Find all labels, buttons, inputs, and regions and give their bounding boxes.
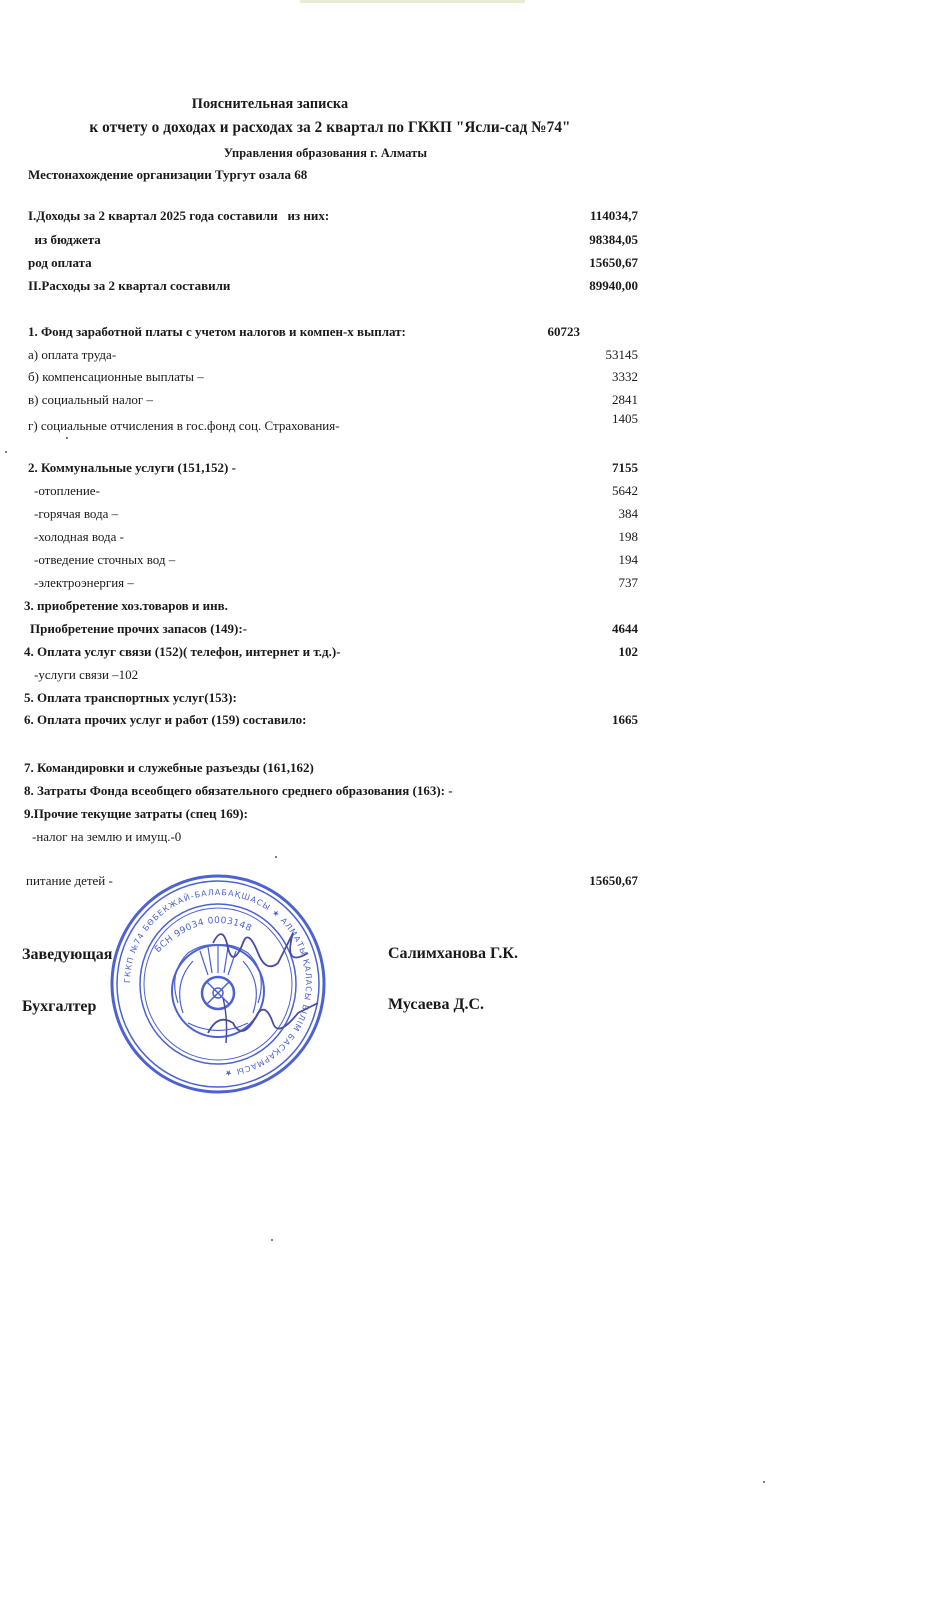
other-services-label: 6. Оплата прочих услуг и работ (159) сос… xyxy=(24,710,307,730)
income-budget-row: из бюджета 98384,05 xyxy=(28,230,638,250)
explanatory-note-document: Пояснительная записка к отчету о доходах… xyxy=(0,0,933,1599)
income-total-value: 114034,7 xyxy=(590,206,638,226)
utilities-item-value: 5642 xyxy=(612,481,638,501)
scan-speck xyxy=(271,1239,273,1241)
supplies-label: 3. приобретение хоз.товаров и инв. xyxy=(24,596,228,616)
utilities-value: 7155 xyxy=(612,458,638,478)
transport-row: 5. Оплата транспортных услуг(153): xyxy=(24,688,634,708)
other-services-row: 6. Оплата прочих услуг и работ (159) сос… xyxy=(24,710,638,730)
supplies-value: 4644 xyxy=(612,619,638,639)
communications-sub-label: -услуги связи –102 xyxy=(28,665,138,685)
income-budget-label: из бюджета xyxy=(28,230,101,250)
expenses-total-row: II.Расходы за 2 квартал составили 89940,… xyxy=(28,276,638,296)
education-fund-row: 8. Затраты Фонда всеобщего обязательного… xyxy=(24,781,634,801)
communications-value: 102 xyxy=(619,642,639,662)
payroll-item-row: в) социальный налог – 2841 xyxy=(28,390,638,410)
land-tax-label: -налог на землю и имущ.-0 xyxy=(26,827,181,847)
payroll-item-row: г) социальные отчисления в гос.фонд соц.… xyxy=(28,413,638,433)
payroll-item-value: 3332 xyxy=(612,367,638,387)
payroll-item-label: в) социальный налог – xyxy=(28,390,153,410)
payroll-item-row: б) компенсационные выплаты – 3332 xyxy=(28,367,638,387)
utilities-item-value: 194 xyxy=(619,550,639,570)
other-current-sub-row: -налог на землю и имущ.-0 xyxy=(26,827,636,847)
payroll-value: 60723 xyxy=(548,322,581,342)
accountant-role: Бухгалтер xyxy=(22,998,96,1016)
supplies-sub-label: Приобретение прочих запасов (149):- xyxy=(28,619,247,639)
parent-payment-value: 15650,67 xyxy=(589,253,638,273)
utilities-label: 2. Коммунальные услуги (151,152) - xyxy=(28,458,236,478)
utilities-item-label: -холодная вода - xyxy=(28,527,124,547)
head-role: Заведующая xyxy=(22,946,112,964)
utilities-item-value: 198 xyxy=(619,527,639,547)
scan-speck xyxy=(5,451,7,453)
utilities-item-label: -отопление- xyxy=(28,481,100,501)
payroll-item-value: 53145 xyxy=(606,345,639,365)
other-current-label: 9.Прочие текущие затраты (спец 169): xyxy=(24,804,248,824)
expenses-total-value: 89940,00 xyxy=(589,276,638,296)
utilities-item-row: -электроэнергия – 737 xyxy=(28,573,638,593)
utilities-item-label: -электроэнергия – xyxy=(28,573,134,593)
travel-label: 7. Командировки и служебные разъезды (16… xyxy=(24,758,314,778)
communications-label: 4. Оплата услуг связи (152)( телефон, ин… xyxy=(24,642,341,662)
scan-speck xyxy=(275,856,277,858)
utilities-item-value: 384 xyxy=(619,504,639,524)
department-name: Управления образования г. Алматы xyxy=(52,145,598,161)
travel-row: 7. Командировки и служебные разъезды (16… xyxy=(24,758,634,778)
utilities-item-value: 737 xyxy=(619,573,639,593)
utilities-item-row: -холодная вода - 198 xyxy=(28,527,638,547)
expenses-total-label: II.Расходы за 2 квартал составили xyxy=(28,276,230,296)
payroll-item-label: б) компенсационные выплаты – xyxy=(28,367,204,387)
payroll-item-row: а) оплата труда- 53145 xyxy=(28,345,638,365)
payroll-item-label: а) оплата труда- xyxy=(28,345,116,365)
official-stamp-icon: ГККП №74 БӨБЕКЖАЙ-БАЛАБАҚШАСЫ ★ АЛМАТЫ Қ… xyxy=(108,873,328,1095)
other-current-row: 9.Прочие текущие затраты (спец 169): xyxy=(24,804,634,824)
scan-speck xyxy=(66,437,68,439)
supplies-row: 3. приобретение хоз.товаров и инв. xyxy=(24,596,634,616)
communications-row: 4. Оплата услуг связи (152)( телефон, ин… xyxy=(24,642,638,662)
utilities-row: 2. Коммунальные услуги (151,152) - 7155 xyxy=(28,458,638,478)
payroll-label: 1. Фонд заработной платы с учетом налого… xyxy=(28,322,406,342)
utilities-item-row: -отведение сточных вод – 194 xyxy=(28,550,638,570)
document-title: Пояснительная записка xyxy=(14,96,527,113)
education-fund-label: 8. Затраты Фонда всеобщего обязательного… xyxy=(24,781,453,801)
parent-payment-row: род оплата 15650,67 xyxy=(28,253,638,273)
supplies-sub-row: Приобретение прочих запасов (149):- 4644 xyxy=(28,619,638,639)
income-total-label: I.Доходы за 2 квартал 2025 года составил… xyxy=(28,206,329,226)
payroll-item-value: 2841 xyxy=(612,390,638,410)
children-meals-value: 15650,67 xyxy=(589,871,638,891)
transport-label: 5. Оплата транспортных услуг(153): xyxy=(24,688,237,708)
utilities-item-row: -отопление- 5642 xyxy=(28,481,638,501)
utilities-item-row: -горячая вода – 384 xyxy=(28,504,638,524)
other-services-value: 1665 xyxy=(612,710,638,730)
income-budget-value: 98384,05 xyxy=(589,230,638,250)
utilities-item-label: -отведение сточных вод – xyxy=(28,550,175,570)
parent-payment-label: род оплата xyxy=(28,253,92,273)
children-meals-label: питание детей - xyxy=(26,871,113,891)
utilities-item-label: -горячая вода – xyxy=(28,504,118,524)
document-subtitle: к отчету о доходах и расходах за 2 кварт… xyxy=(17,119,644,137)
payroll-item-label: г) социальные отчисления в гос.фонд соц.… xyxy=(28,416,340,436)
payroll-item-value: 1405 xyxy=(612,409,638,429)
communications-sub-row: -услуги связи –102 xyxy=(28,665,638,685)
payroll-row: 1. Фонд заработной платы с учетом налого… xyxy=(28,322,638,342)
accountant-name: Мусаева Д.С. xyxy=(388,996,484,1014)
head-name: Салимханова Г.К. xyxy=(388,945,518,963)
income-total-row: I.Доходы за 2 квартал 2025 года составил… xyxy=(28,206,638,226)
scan-speck xyxy=(763,1481,765,1483)
organization-location: Местонахождение организации Тургут озала… xyxy=(28,167,307,183)
